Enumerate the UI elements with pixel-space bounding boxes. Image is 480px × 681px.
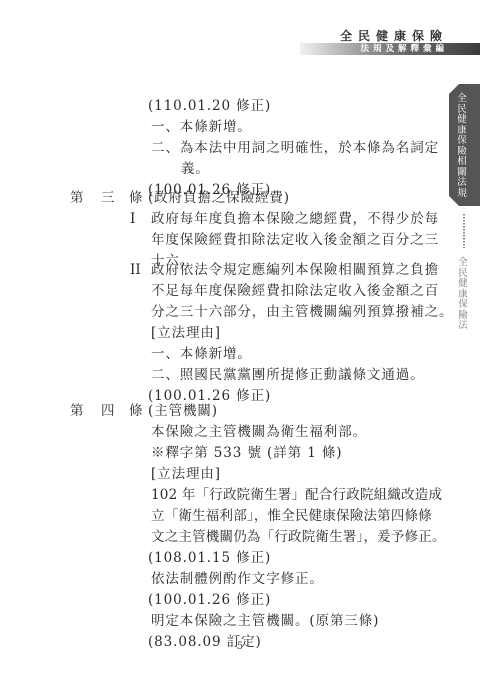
reason-text: 文之主管機關仍為「行政院衛生署」，爰予修正。 — [151, 527, 446, 547]
article-label-char: 條 — [129, 401, 143, 421]
page-number: - 5 - — [0, 641, 480, 652]
reason-item: 一、本條新增。 — [151, 344, 252, 364]
article-text: 政府每年度負擔本保險之總經費，不得少於每 — [151, 209, 439, 229]
reason-item: 二、為本法中用詞之明確性，於本條為名詞定 — [151, 138, 439, 158]
amend-note: (108.01.15 修正) — [148, 548, 271, 568]
interpretation-ref: ※釋字第 533 號 (詳第 1 條) — [151, 443, 342, 463]
legislative-reason-heading: [立法理由] — [151, 464, 221, 484]
amend-note: (110.01.20 修正) — [148, 96, 271, 116]
amend-note: (100.01.26 修正) — [148, 590, 271, 610]
article-text: 不足每年度保險經費扣除法定收入後金額之百 — [151, 281, 439, 301]
article-title: (政府負擔之保險經費) — [148, 188, 290, 208]
article-label-char: 三 — [101, 188, 115, 208]
paragraph-mark: II — [130, 260, 141, 280]
header-title: 全民健康保險 — [340, 27, 448, 44]
reason-item-cont: 義。 — [181, 159, 210, 179]
article-title: (主管機關) — [148, 401, 218, 421]
reason-item: 一、本條新增。 — [151, 117, 252, 137]
sub-section-label[interactable]: 全民健康保險法 — [457, 258, 469, 332]
reason-text: 明定本保險之主管機關。(原第三條) — [151, 611, 379, 631]
paragraph-mark: I — [130, 209, 135, 229]
reason-item: 二、照國民黨黨團所提修正動議條文通過。 — [151, 365, 425, 385]
article-label-char: 四 — [101, 401, 115, 421]
dotted-leader — [463, 214, 465, 248]
article-text: 政府依法令規定應編列本保險相關預算之負擔 — [151, 260, 439, 280]
article-text: 年度保險經費扣除法定收入後金額之百分之三 — [151, 230, 439, 250]
reason-text: 102 年「行政院衛生署」配合行政院組織改造成 — [151, 485, 442, 505]
section-tab-label: 全民健康保險相關法規 — [455, 94, 469, 199]
article-label-char: 第 — [70, 188, 84, 208]
header-subtitle: 法規及解釋彙編 — [360, 43, 448, 55]
article-text: 分之三十六部分，由主管機關編列預算撥補之。 — [151, 302, 453, 322]
article-label-char: 條 — [129, 188, 143, 208]
reason-text: 立「衛生福利部」，惟全民健康保險法第四條條 — [151, 506, 432, 526]
legislative-reason-heading: [立法理由] — [151, 323, 221, 343]
reason-text: 依法制體例酌作文字修正。 — [151, 569, 324, 589]
article-text: 本保險之主管機關為衛生福利部。 — [151, 422, 367, 442]
article-label-char: 第 — [70, 401, 84, 421]
